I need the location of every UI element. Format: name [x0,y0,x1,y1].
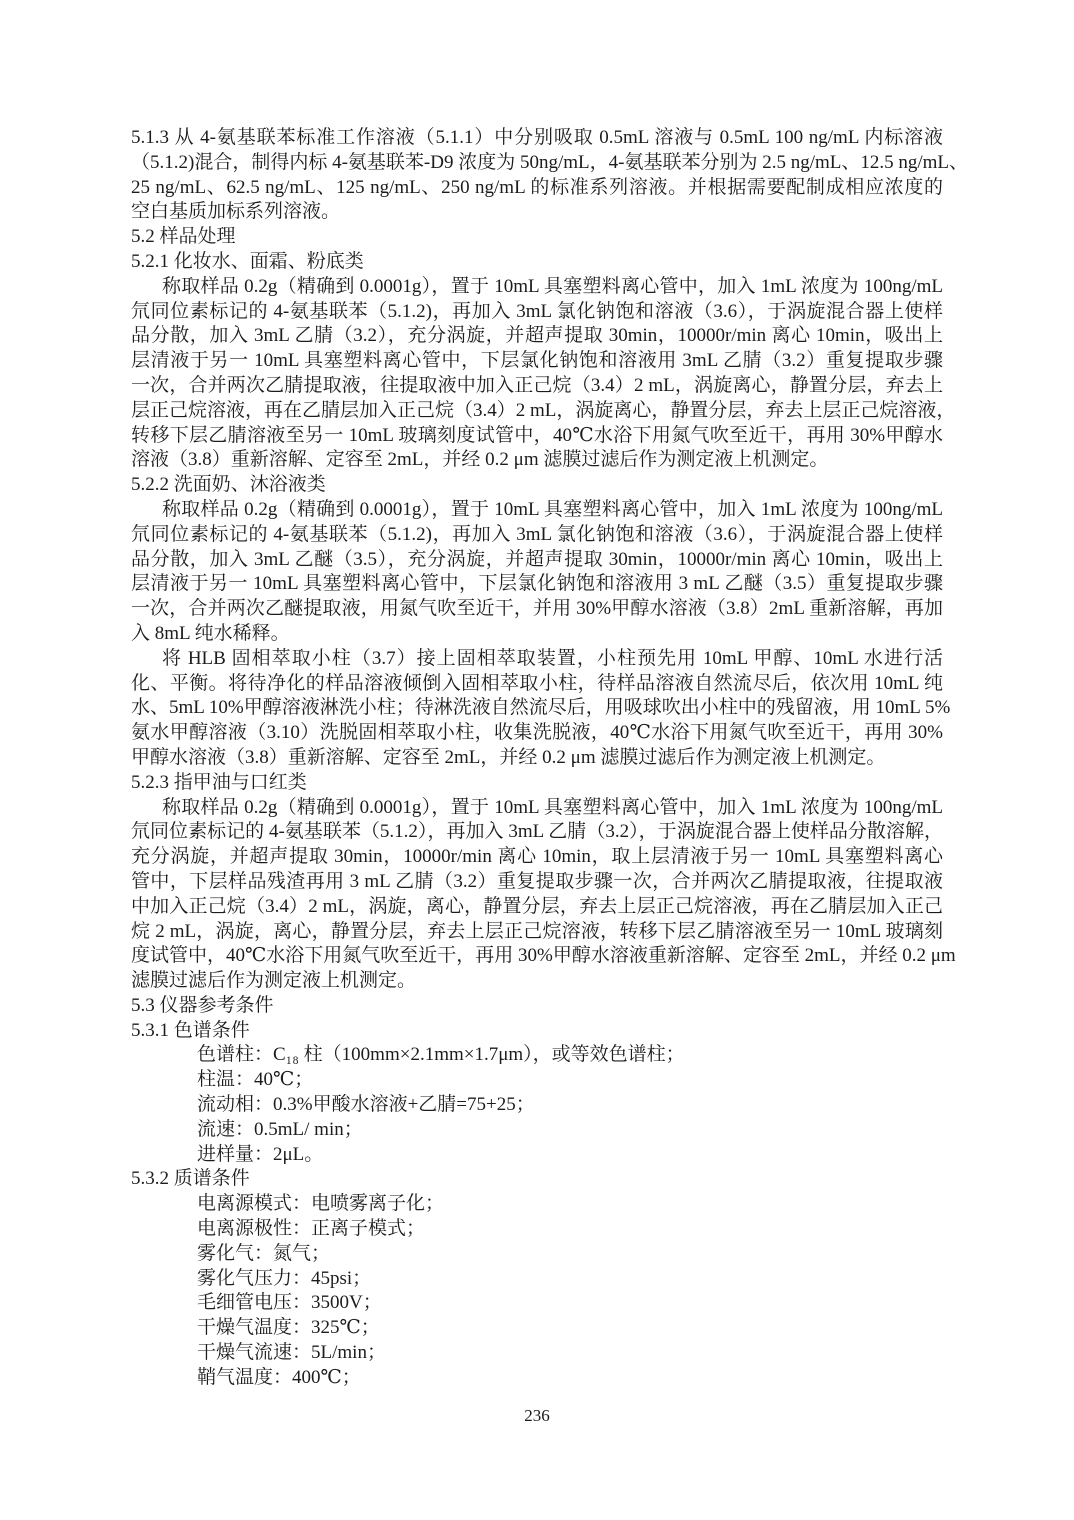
text-line: 氘同位素标记的 4-氨基联苯（5.1.2)，再加入 3mL 氯化钠饱和溶液（3.… [131,300,943,325]
text-line: 甲醇水溶液（3.8）重新溶解、定容至 2mL，并经 0.2 μm 滤膜过滤后作为… [131,746,943,771]
text-line: （5.1.2)混合，制得内标 4-氨基联苯-D9 浓度为 50ng/mL，4-氨… [131,151,943,176]
text-line: 5.3 仪器参考条件 [131,994,943,1019]
text-line: 溶液（3.8）重新溶解、定容至 2mL，并经 0.2 μm 滤膜过滤后作为测定液… [131,448,943,473]
text-line: 水、5mL 10%甲醇溶液淋洗小柱；待淋洗液自然流尽后，用吸球吹出小柱中的残留液… [131,696,943,721]
text-line: 干燥气流速：5L/min； [131,1341,943,1366]
text-line: 称取样品 0.2g（精确到 0.0001g），置于 10mL 具塞塑料离心管中，… [131,796,943,821]
text-line: 称取样品 0.2g（精确到 0.0001g），置于 10mL 具塞塑料离心管中，… [131,275,943,300]
text-line: 品分散，加入 3mL 乙醚（3.5），充分涡旋，并超声提取 30min，1000… [131,548,943,573]
text-line: 空白基质加标系列溶液。 [131,200,943,225]
text-line: 管中，下层样品残渣再用 3 mL 乙腈（3.2）重复提取步骤一次，合并两次乙腈提… [131,870,943,895]
text-line: 毛细管电压：3500V； [131,1291,943,1316]
text-line: 中加入正己烷（3.4）2 mL，涡旋，离心，静置分层，弃去上层正己烷溶液，再在乙… [131,895,943,920]
text-line: 一次，合并两次乙腈提取液，往提取液中加入正己烷（3.4）2 mL，涡旋离心，静置… [131,374,943,399]
text-line: 一次，合并两次乙醚提取液，用氮气吹至近干，并用 30%甲醇水溶液（3.8）2mL… [131,597,943,622]
text-line: 层清液于另一 10mL 具塞塑料离心管中，下层氯化钠饱和溶液用 3 mL 乙醚（… [131,572,943,597]
text-line: 5.2.2 洗面奶、沐浴液类 [131,473,943,498]
text-line: 流速：0.5mL/ min； [131,1118,943,1143]
page-number: 236 [0,1406,1074,1426]
text-line: 氨水甲醇溶液（3.10）洗脱固相萃取小柱，收集洗脱液，40℃水浴下用氮气吹至近干… [131,721,943,746]
text-line: 5.2 样品处理 [131,225,943,250]
text-line: 鞘气温度：400℃； [131,1366,943,1391]
document-body: 5.1.3 从 4-氨基联苯标准工作溶液（5.1.1）中分别吸取 0.5mL 溶… [131,126,943,1391]
text-line: 5.2.1 化妆水、面霜、粉底类 [131,250,943,275]
text-line: 25 ng/mL、62.5 ng/mL、125 ng/mL、250 ng/mL … [131,176,943,201]
text-line: 电离源模式：电喷雾离子化； [131,1192,943,1217]
text-line: 称取样品 0.2g（精确到 0.0001g），置于 10mL 具塞塑料离心管中，… [131,498,943,523]
text-line: 电离源极性：正离子模式； [131,1217,943,1242]
text-line: 流动相：0.3%甲酸水溶液+乙腈=75+25； [131,1093,943,1118]
text-line: 氘同位素标记的 4-氨基联苯（5.1.2），再加入 3mL 乙腈（3.2），于涡… [131,820,943,845]
text-line: 入 8mL 纯水稀释。 [131,622,943,647]
text-line: 进样量：2μL。 [131,1143,943,1168]
text-line: 层清液于另一 10mL 具塞塑料离心管中，下层氯化钠饱和溶液用 3mL 乙腈（3… [131,349,943,374]
text-line: 烷 2 mL，涡旋，离心，静置分层，弃去上层正己烷溶液，转移下层乙腈溶液至另一 … [131,920,943,945]
text-line: 干燥气温度：325℃； [131,1316,943,1341]
text-line: 雾化气：氮气； [131,1242,943,1267]
text-line: 5.3.2 质谱条件 [131,1167,943,1192]
text-line: 将 HLB 固相萃取小柱（3.7）接上固相萃取装置，小柱预先用 10mL 甲醇、… [131,647,943,672]
text-line: 雾化气压力：45psi； [131,1267,943,1292]
text-line: 层正己烷溶液，再在乙腈层加入正己烷（3.4）2 mL，涡旋离心，静置分层，弃去上… [131,399,943,424]
text-line: 充分涡旋，并超声提取 30min，10000r/min 离心 10min，取上层… [131,845,943,870]
text-line: 滤膜过滤后作为测定液上机测定。 [131,969,943,994]
document-page: 5.1.3 从 4-氨基联苯标准工作溶液（5.1.1）中分别吸取 0.5mL 溶… [0,0,1074,1520]
text-line: 转移下层乙腈溶液至另一 10mL 玻璃刻度试管中，40℃水浴下用氮气吹至近干，再… [131,424,943,449]
text-line: 品分散，加入 3mL 乙腈（3.2），充分涡旋，并超声提取 30min，1000… [131,324,943,349]
text-line: 度试管中，40℃水浴下用氮气吹至近干，再用 30%甲醇水溶液重新溶解、定容至 2… [131,944,943,969]
text-line: 5.1.3 从 4-氨基联苯标准工作溶液（5.1.1）中分别吸取 0.5mL 溶… [131,126,943,151]
text-line: 柱温：40℃； [131,1068,943,1093]
text-line: 氘同位素标记的 4-氨基联苯（5.1.2)，再加入 3mL 氯化钠饱和溶液（3.… [131,523,943,548]
text-line: 5.2.3 指甲油与口红类 [131,771,943,796]
text-line: 5.3.1 色谱条件 [131,1019,943,1044]
text-line: 化、平衡。将待净化的样品溶液倾倒入固相萃取小柱，待样品溶液自然流尽后，依次用 1… [131,672,943,697]
text-line: 色谱柱：C₁₈ 柱（100mm×2.1mm×1.7μm），或等效色谱柱； [131,1043,943,1068]
